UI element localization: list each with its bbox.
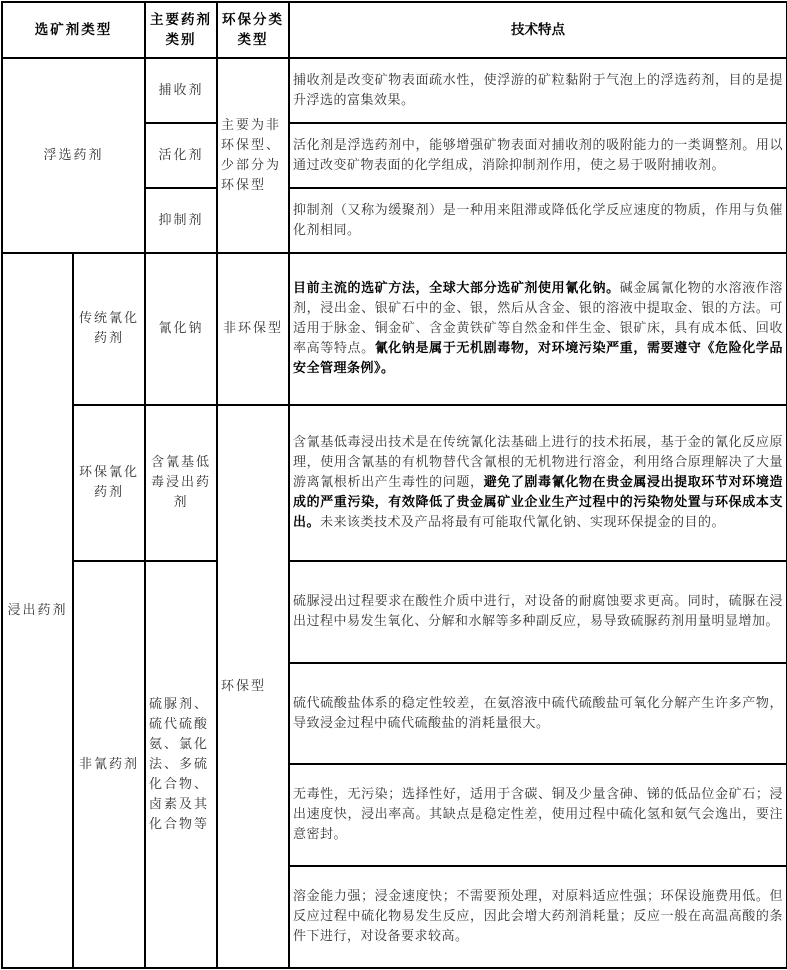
subclass-traditional: 传统氰化药剂 [73,253,145,405]
agent-eco-cyanide: 含氰基低毒浸出药剂 [145,405,217,561]
header-row: 选矿剂类型 主要药剂类别 环保分类类型 技术特点 [2,2,787,58]
desc-thiosulfate: 硫代硫酸盐体系的稳定性较差，在氨溶液中硫代硫酸盐可氧化分解产生许多产物，导致浸金… [289,663,787,764]
table-row: 浸出药剂 传统氰化药剂 氰化钠 非环保型 目前主流的选矿方法，全球大部分选矿剂使… [2,253,787,405]
env-type-flotation: 主要为非环保型、少部分为环保型 [217,58,289,253]
agent-sodium-cyanide: 氰化钠 [145,253,217,405]
desc-eco-normal-2: 未来该类技术及产品将最有可能取代氰化钠、实现环保提金的目的。 [320,515,725,530]
desc-halogen: 溶金能力强；浸金速度快；不需要预处理，对原料适应性强；环保设施费用低。但反应过程… [289,866,787,968]
table-row: 浮选药剂 捕收剂 主要为非环保型、少部分为环保型 捕收剂是改变矿物表面疏水性，使… [2,58,787,123]
desc-eco-cyanide: 含氰基低毒浸出技术是在传统氰化法基础上进行的技术拓展，基于金的氰化反应原理，使用… [289,405,787,561]
agent-activator: 活化剂 [145,123,217,188]
desc-thiourea: 硫脲浸出过程要求在酸性介质中进行，对设备的耐腐蚀要求更高。同时，硫脲在浸出过程中… [289,561,787,663]
table-row: 非氰药剂 硫脲剂、硫代硫酸氨、氯化法、多硫化合物、卤素及其化合物等 硫脲浸出过程… [2,561,787,663]
desc-traditional: 目前主流的选矿方法，全球大部分选矿剂使用氰化钠。碱金属氰化物的水溶液作溶剂，浸出… [289,253,787,405]
env-type-eco: 环保型 [217,405,289,968]
desc-depressant: 抑制剂（又称为缓聚剂）是一种用来阻滞或降低化学反应速度的物质，作用与负催化剂相同… [289,188,787,253]
desc-polysulfide: 无毒性，无污染；选择性好，适用于含碳、铜及少量含砷、锑的低品位金矿石；浸出速度快… [289,764,787,866]
agent-non-cyanide: 硫脲剂、硫代硫酸氨、氯化法、多硫化合物、卤素及其化合物等 [145,561,217,968]
desc-traditional-bold-1: 目前主流的选矿方法，全球大部分选矿剂使用氰化钠。 [293,281,620,296]
subclass-eco-cyanide: 环保氰化药剂 [73,405,145,561]
header-env-type: 环保分类类型 [217,2,289,58]
header-features: 技术特点 [289,2,787,58]
reagent-table: 选矿剂类型 主要药剂类别 环保分类类型 技术特点 浮选药剂 捕收剂 主要为非环保… [1,1,787,969]
table-row: 环保氰化药剂 含氰基低毒浸出药剂 环保型 含氰基低毒浸出技术是在传统氰化法基础上… [2,405,787,561]
agent-collector: 捕收剂 [145,58,217,123]
agent-depressant: 抑制剂 [145,188,217,253]
subclass-non-cyanide: 非氰药剂 [73,561,145,968]
header-category: 选矿剂类型 [2,2,145,58]
category-flotation: 浮选药剂 [2,58,145,253]
desc-activator: 活化剂是浮选药剂中，能够增强矿物表面对捕收剂的吸附能力的一类调整剂。用以通过改变… [289,123,787,188]
header-main-class: 主要药剂类别 [145,2,217,58]
env-type-traditional: 非环保型 [217,253,289,405]
desc-collector: 捕收剂是改变矿物表面疏水性，使浮游的矿粒黏附于气泡上的浮选药剂，目的是提升浮选的… [289,58,787,123]
category-leaching: 浸出药剂 [2,253,73,968]
